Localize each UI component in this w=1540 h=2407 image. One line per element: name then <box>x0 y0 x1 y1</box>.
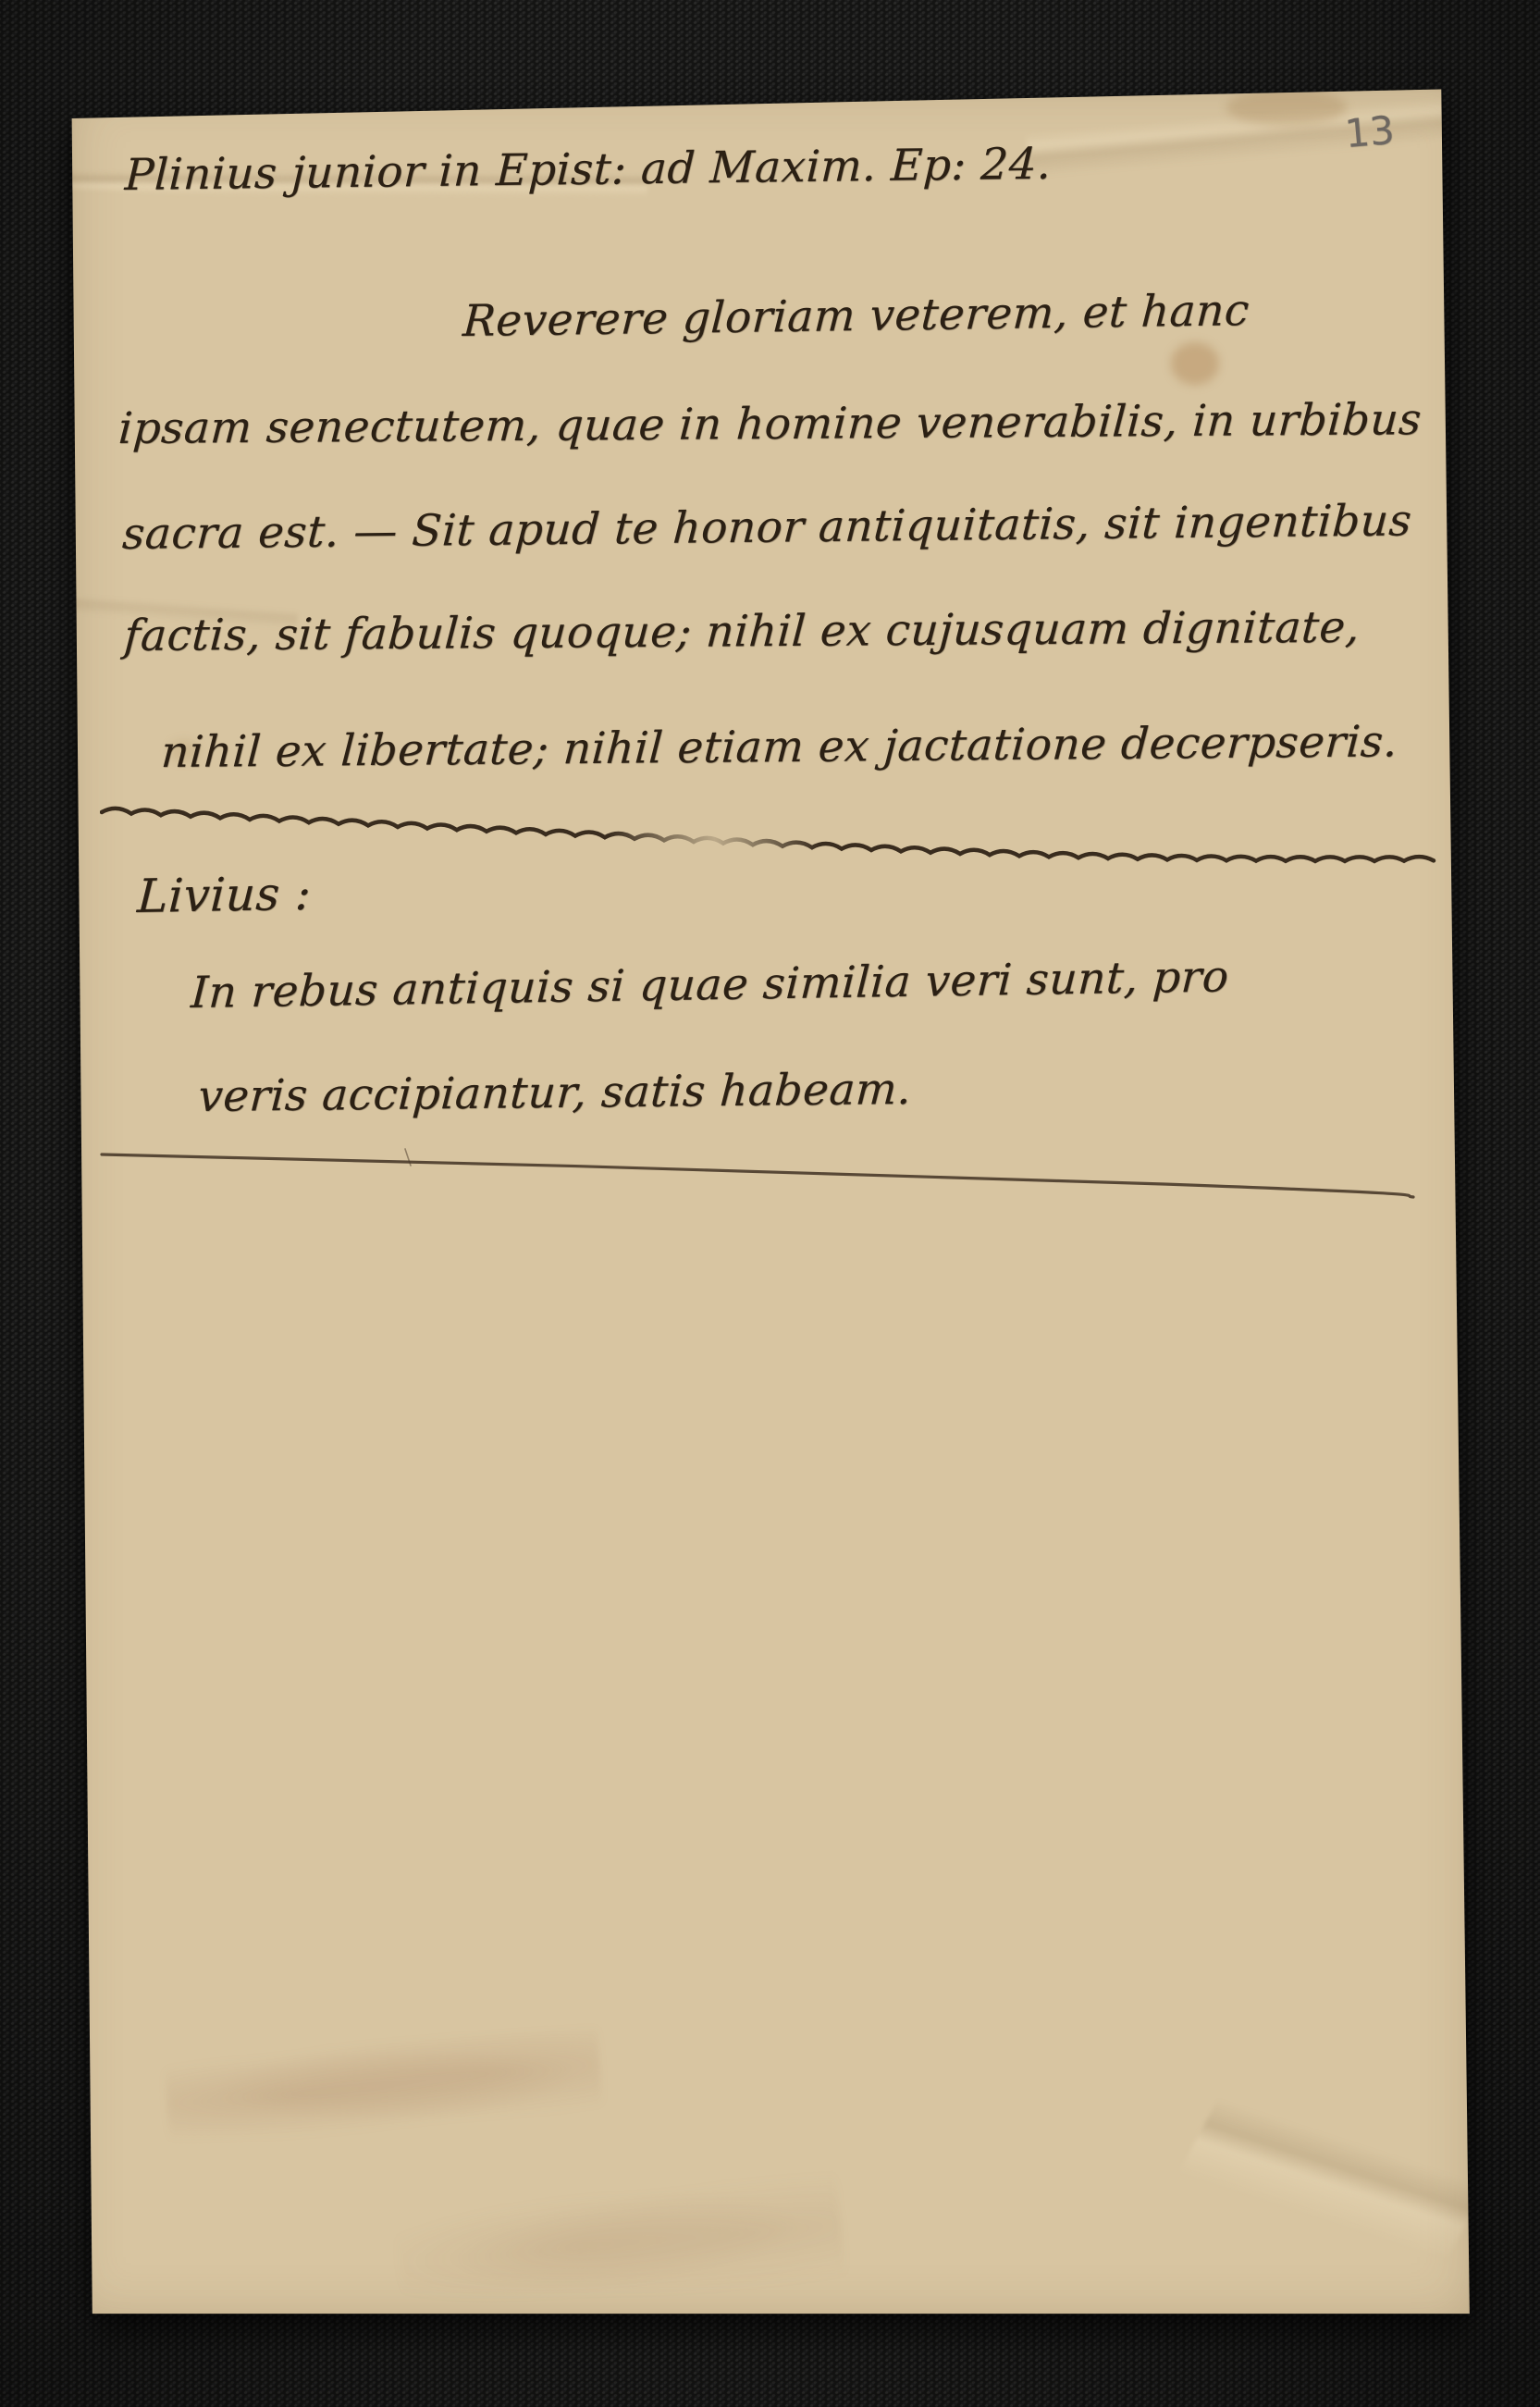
bleedthrough-smudge-1 <box>164 2028 604 2151</box>
livius-quote-line-2: veris accipiantur, satis habeam. <box>197 1064 913 1122</box>
pliny-quote-line-2: ipsam senectutem, quae in homine venerab… <box>117 394 1423 454</box>
manuscript-page: 13 Plinius junior in Epist: ad Maxim. Ep… <box>65 81 1478 2324</box>
ink-stain-right <box>1171 342 1219 385</box>
bleedthrough-smudge-2 <box>393 2158 847 2324</box>
pliny-quote-line-3: sacra est. — Sit apud te honor antiquita… <box>121 495 1413 560</box>
livius-label: Livius : <box>136 867 313 923</box>
photograph-of-manuscript: { "document": { "page_number": "13", "he… <box>0 0 1540 2407</box>
livius-quote-line-1: In rebus antiquis si quae similia veri s… <box>190 951 1230 1018</box>
page-number-pencil: 13 <box>1343 107 1397 156</box>
pliny-quote-line-1: Reverere gloriam veterem, et hanc <box>462 285 1250 347</box>
heading-line: Plinius junior in Epist: ad Maxim. Ep: 2… <box>124 139 1053 201</box>
manuscript-page-wrap: 13 Plinius junior in Epist: ad Maxim. Ep… <box>65 81 1478 2324</box>
pliny-quote-line-4: factis, sit fabulis quoque; nihil ex cuj… <box>123 602 1361 661</box>
straight-divider <box>100 1147 1418 1206</box>
paper-crease-bottom-right <box>1176 2016 1508 2309</box>
stain-top-edge <box>1226 89 1347 126</box>
pliny-quote-line-5: nihil ex libertate; nihil etiam ex jacta… <box>160 716 1399 778</box>
